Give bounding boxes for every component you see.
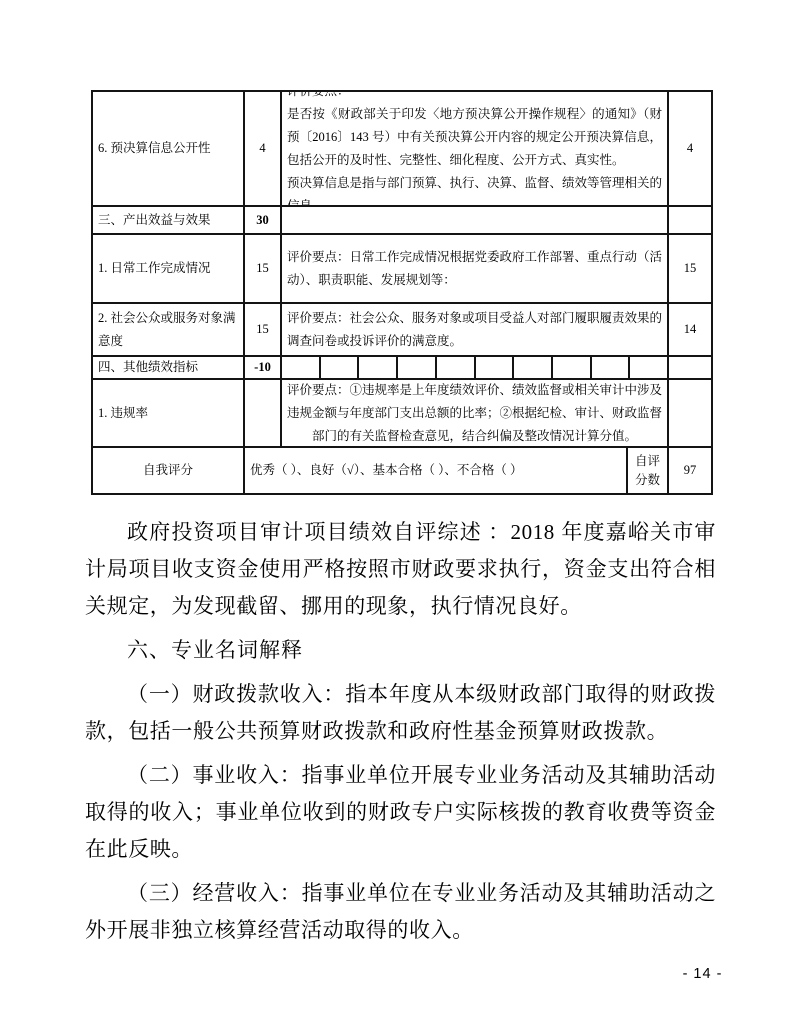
score-cell: 15 <box>669 235 711 302</box>
criteria-line: 是否按《财政部关于印发〈地方预决算公开操作规程〉的通知》（财预〔2016〕143… <box>287 103 662 172</box>
table-row: 三、产出效益与效果 30 <box>93 207 711 235</box>
table-row: 四、其他绩效指标 -10 <box>93 357 711 380</box>
indicator-weight-cell: 4 <box>245 92 282 205</box>
score-cell <box>669 357 711 378</box>
category-weight-cell: -10 <box>245 357 282 378</box>
page-number: - 14 - <box>660 966 745 982</box>
glossary-item-1: （一）财政拨款收入：指本年度从本级财政部门取得的财政拨款，包括一般公共预算财政拨… <box>85 676 716 750</box>
table-row: 2. 社会公众或服务对象满意度 15 评价要点：社会公众、服务对象或项目受益人对… <box>93 304 711 357</box>
glossary-item-2: （二）事业收入：指事业单位开展专业业务活动及其辅助活动取得的收入；事业单位收到的… <box>85 757 716 868</box>
self-rating-label: 自我评分 <box>93 448 245 493</box>
score-cell: 4 <box>669 92 711 205</box>
table-row: 1. 日常工作完成情况 15 评价要点：日常工作完成情况根据党委政府工作部署、重… <box>93 235 711 304</box>
score-cell <box>669 380 711 446</box>
empty-subcell <box>359 357 398 378</box>
category-name-cell: 四、其他绩效指标 <box>93 357 245 378</box>
empty-subcell <box>476 357 515 378</box>
criteria-text: 评价要点：日常工作完成情况根据党委政府工作部署、重点行动（活动）、职责职能、发展… <box>287 246 662 292</box>
empty-subcell <box>630 357 667 378</box>
indicator-weight-cell: 15 <box>245 304 282 355</box>
self-rating-row: 自我评分 优秀（ ）、良好（√）、基本合格（ ）、不合格（ ） 自评分数 97 <box>93 448 711 493</box>
score-cell: 14 <box>669 304 711 355</box>
category-name-cell: 三、产出效益与效果 <box>93 207 245 233</box>
table-row: 1. 违规率 评价要点：①违规率是上年度绩效评价、绩效监督或相关审计中涉及违规金… <box>93 380 711 448</box>
indicator-name-cell: 1. 违规率 <box>93 380 245 446</box>
criteria-text: 评价要点：社会公众、服务对象或项目受益人对部门履职履责效果的调查问卷或投诉评价的… <box>287 307 662 353</box>
performance-evaluation-table: 6. 预决算信息公开性 4 评价要点： 是否按《财政部关于印发〈地方预决算公开操… <box>91 90 713 495</box>
glossary-item-3: （三）经营收入：指事业单位在专业业务活动及其辅助活动之外开展非独立核算经营活动取… <box>85 875 716 949</box>
criteria-cell: 评价要点：日常工作完成情况根据党委政府工作部署、重点行动（活动）、职责职能、发展… <box>282 235 669 302</box>
body-text: 政府投资项目审计项目绩效自评综述 ：2018 年度嘉峪关市审计局项目收支资金使用… <box>85 514 716 956</box>
empty-subcell <box>282 357 321 378</box>
indicator-name-cell: 1. 日常工作完成情况 <box>93 235 245 302</box>
score-cell <box>669 207 711 233</box>
criteria-cell: 评价要点：①违规率是上年度绩效评价、绩效监督或相关审计中涉及违规金额与年度部门支… <box>282 380 669 446</box>
criteria-cell: 评价要点： 是否按《财政部关于印发〈地方预决算公开操作规程〉的通知》（财预〔20… <box>282 92 669 205</box>
empty-subcell <box>321 357 360 378</box>
empty-subcell <box>437 357 476 378</box>
criteria-cell: 评价要点：社会公众、服务对象或项目受益人对部门履职履责效果的调查问卷或投诉评价的… <box>282 304 669 355</box>
indicator-name-cell: 2. 社会公众或服务对象满意度 <box>93 304 245 355</box>
indicator-weight-cell: 15 <box>245 235 282 302</box>
criteria-text: 评价要点：①违规率是上年度绩效评价、绩效监督或相关审计中涉及违规金额与年度部门支… <box>287 380 662 446</box>
category-weight-cell: 30 <box>245 207 282 233</box>
criteria-cell <box>282 207 669 233</box>
table-row: 6. 预决算信息公开性 4 评价要点： 是否按《财政部关于印发〈地方预决算公开操… <box>93 92 711 207</box>
empty-subcell <box>592 357 631 378</box>
self-score-label: 自评分数 <box>628 448 669 493</box>
document-page: 6. 预决算信息公开性 4 评价要点： 是否按《财政部关于印发〈地方预决算公开操… <box>0 0 800 1035</box>
summary-paragraph: 政府投资项目审计项目绩效自评综述 ：2018 年度嘉峪关市审计局项目收支资金使用… <box>85 514 716 625</box>
criteria-line: 预决算信息是指与部门预算、执行、决算、监督、绩效等管理相关的信息。 <box>287 172 662 206</box>
self-score-value: 97 <box>669 448 711 493</box>
empty-subcell <box>514 357 553 378</box>
criteria-line: 评价要点： <box>287 92 662 103</box>
indicator-name-cell: 6. 预决算信息公开性 <box>93 92 245 205</box>
indicator-weight-cell <box>245 380 282 446</box>
empty-subcell-strip <box>282 357 669 378</box>
rating-options: 优秀（ ）、良好（√）、基本合格（ ）、不合格（ ） <box>245 448 628 493</box>
empty-subcell <box>398 357 437 378</box>
empty-subcell <box>553 357 592 378</box>
glossary-heading: 六、专业名词解释 <box>85 632 716 669</box>
